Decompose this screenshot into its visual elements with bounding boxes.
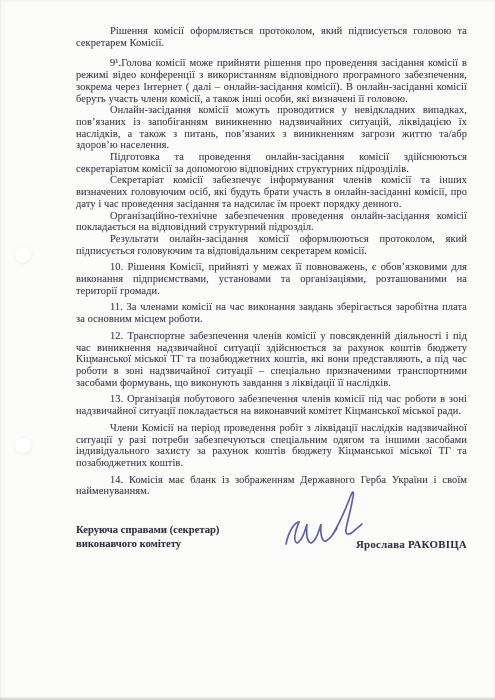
signer-title-line1: Керуюча справами (секретар) (76, 524, 219, 538)
signer-title: Керуюча справами (секретар) виконавчого … (76, 524, 219, 551)
paragraph: Результати онлайн-засідання комісії офор… (76, 234, 467, 257)
signer-title-line2: виконавчого комітету (76, 538, 219, 552)
paragraph: Рішення комісії оформляється протоколом,… (76, 26, 467, 49)
paragraph: Організаційно-технічне забезпечення пров… (76, 211, 467, 234)
paragraph: 13. Організація побутового забезпечення … (76, 394, 467, 417)
paragraph: Секретаріат комісії забезпечує інформува… (76, 175, 467, 210)
paragraph: 11. За членами комісії на час виконання … (76, 302, 467, 325)
hole-punch (15, 247, 32, 264)
paragraph: Підготовка та проведення онлайн-засіданн… (76, 152, 467, 175)
document-body: Рішення комісії оформляється протоколом,… (76, 26, 467, 498)
paragraph: 14. Комісія має бланк із зображенням Дер… (76, 475, 467, 498)
paragraph: 12. Транспортне забезпечення членів комі… (76, 331, 467, 390)
paragraph: 9¹.Голова комісії може прийняти рішення … (76, 58, 467, 105)
paragraph: Члени Комісії на період проведення робіт… (76, 423, 467, 470)
paragraph: 10. Рішення Комісії, прийняті у межах її… (76, 262, 467, 297)
document-page: Рішення комісії оформляється протоколом,… (0, 0, 495, 700)
signature-block: Керуюча справами (секретар) виконавчого … (76, 524, 467, 551)
paragraph: Онлайн-засідання комісії можуть проводит… (76, 105, 467, 152)
hole-punch (15, 438, 32, 455)
signer-name: Ярослава РАКОВІЦА (356, 539, 467, 551)
